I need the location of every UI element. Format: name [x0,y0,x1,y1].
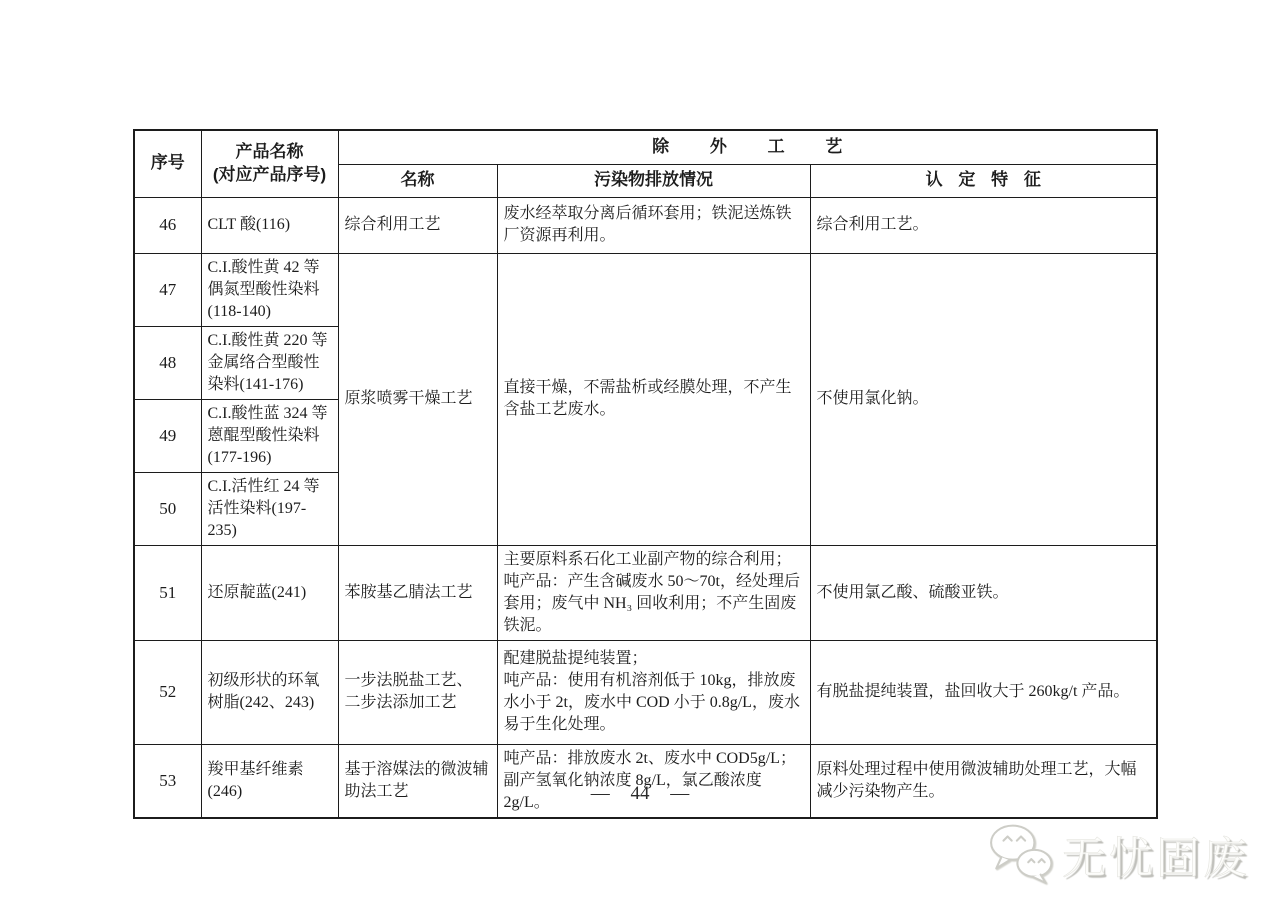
cell-product-50: C.I.活性红 24 等活性染料(197-235) [201,472,338,545]
cell-seq-50: 50 [134,472,201,545]
table-row-52: 52 初级形状的环氧树脂(242、243) 一步法脱盐工艺、 二步法添加工艺 配… [134,640,1157,744]
cell-seq-47: 47 [134,253,201,326]
cell-feature-53: 原料处理过程中使用微波辅助处理工艺，大幅减少污染物产生。 [810,744,1157,818]
cell-product-48: C.I.酸性黄 220 等金属络合型酸性染料(141-176) [201,326,338,399]
header-product-name: 产品名称 (对应产品序号) [201,130,338,197]
cell-product-46: CLT 酸(116) [201,197,338,253]
page-number: — 44 — [0,783,1280,805]
cell-product-51: 还原靛蓝(241) [201,545,338,640]
cell-process-46: 综合利用工艺 [338,197,497,253]
cell-emission-53: 吨产品：排放废水 2t、废水中 COD5g/L；副产氢氧化钠浓度 8g/L，氯乙… [497,744,810,818]
table-row-47: 47 C.I.酸性黄 42 等偶氮型酸性染料(118-140) 原浆喷雾干燥工艺… [134,253,1157,326]
header-seq: 序号 [134,130,201,197]
header-process-name: 名称 [338,164,497,197]
watermark-text: 无忧固废 [1062,822,1250,886]
document-page: { "document": { "footer": { "page_number… [0,0,1280,904]
cell-product-47: C.I.酸性黄 42 等偶氮型酸性染料(118-140) [201,253,338,326]
cell-feature-51: 不使用氯乙酸、硫酸亚铁。 [810,545,1157,640]
cell-seq-51: 51 [134,545,201,640]
table-row-51: 51 还原靛蓝(241) 苯胺基乙腈法工艺 主要原料系石化工业副产物的综合利用；… [134,545,1157,640]
cell-process-52: 一步法脱盐工艺、 二步法添加工艺 [338,640,497,744]
cell-emission-47-50: 直接干燥，不需盐析或经膜处理，不产生含盐工艺废水。 [497,253,810,545]
cell-product-53: 羧甲基纤维素(246) [201,744,338,818]
cell-emission-51: 主要原料系石化工业副产物的综合利用； 吨产品：产生含碱废水 50～70t，经处理… [497,545,810,640]
cell-seq-46: 46 [134,197,201,253]
cell-feature-47-50: 不使用氯化钠。 [810,253,1157,545]
cell-seq-48: 48 [134,326,201,399]
header-identification-feature: 认 定 特 征 [810,164,1157,197]
cell-seq-49: 49 [134,399,201,472]
cell-product-49: C.I.酸性蓝 324 等蒽醌型酸性染料(177-196) [201,399,338,472]
cell-emission-52: 配建脱盐提纯装置； 吨产品：使用有机溶剂低于 10kg，排放废水小于 2t，废水… [497,640,810,744]
cell-seq-52: 52 [134,640,201,744]
cell-process-51: 苯胺基乙腈法工艺 [338,545,497,640]
cell-feature-46: 综合利用工艺。 [810,197,1157,253]
cell-feature-52: 有脱盐提纯装置，盐回收大于 260kg/t 产品。 [810,640,1157,744]
cell-process-53: 基于溶媒法的微波辅助法工艺 [338,744,497,818]
watermark: 无忧固废 [988,822,1250,886]
header-excluded-process: 除 外 工 艺 [338,130,1157,164]
table-row-46: 46 CLT 酸(116) 综合利用工艺 废水经萃取分离后循环套用；铁泥送炼铁厂… [134,197,1157,253]
cell-process-47-50: 原浆喷雾干燥工艺 [338,253,497,545]
cell-product-52: 初级形状的环氧树脂(242、243) [201,640,338,744]
cell-emission-46: 废水经萃取分离后循环套用；铁泥送炼铁厂资源再利用。 [497,197,810,253]
header-pollutant-emission: 污染物排放情况 [497,164,810,197]
exclusion-process-table: 序号 产品名称 (对应产品序号) 除 外 工 艺 名称 污染物排放情况 认 定 … [133,129,1158,819]
wechat-logo-icon [988,823,1054,885]
table-row-53: 53 羧甲基纤维素(246) 基于溶媒法的微波辅助法工艺 吨产品：排放废水 2t… [134,744,1157,818]
table-header-row-1: 序号 产品名称 (对应产品序号) 除 外 工 艺 [134,130,1157,164]
cell-seq-53: 53 [134,744,201,818]
